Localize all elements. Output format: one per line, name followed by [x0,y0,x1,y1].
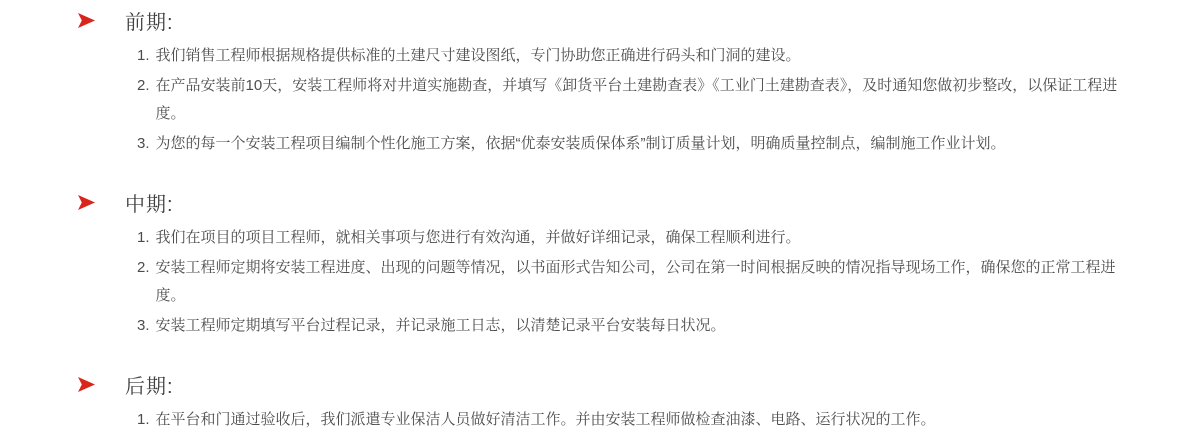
arrow-right-icon [78,377,95,392]
item-text: 为您的每一个安装工程项目编制个性化施工方案，依据“优泰安装质保体系”制订质量计划… [156,130,1142,158]
section-items: 1. 我们销售工程师根据规格提供标准的土建尺寸建设图纸，专门协助您正确进行码头和… [137,42,1142,158]
section-title: 中期: [125,188,174,217]
section-header: 中期: [0,188,1200,216]
list-item: 1. 我们销售工程师根据规格提供标准的土建尺寸建设图纸，专门协助您正确进行码头和… [137,42,1142,70]
item-number: 2. [137,254,156,310]
section-header: 后期: [0,370,1200,398]
list-item: 1. 在平台和门通过验收后，我们派遣专业保洁人员做好清洁工作。并由安装工程师做检… [137,406,1142,434]
item-number: 2. [137,72,156,128]
arrow-right-icon [78,195,95,210]
list-item: 3. 为您的每一个安装工程项目编制个性化施工方案，依据“优泰安装质保体系”制订质… [137,130,1142,158]
section-items: 1. 在平台和门通过验收后，我们派遣专业保洁人员做好清洁工作。并由安装工程师做检… [137,406,1142,434]
section-items: 1. 我们在项目的项目工程师，就相关事项与您进行有效沟通，并做好详细记录，确保工… [137,224,1142,340]
list-item: 1. 我们在项目的项目工程师，就相关事项与您进行有效沟通，并做好详细记录，确保工… [137,224,1142,252]
item-text: 在平台和门通过验收后，我们派遣专业保洁人员做好清洁工作。并由安装工程师做检查油漆… [156,406,1142,434]
list-item: 3. 安装工程师定期填写平台过程记录，并记录施工日志，以清楚记录平台安装每日状况… [137,312,1142,340]
section-header: 前期: [0,6,1200,34]
section-early-stage: 前期: 1. 我们销售工程师根据规格提供标准的土建尺寸建设图纸，专门协助您正确进… [0,6,1200,158]
service-stages-page: 前期: 1. 我们销售工程师根据规格提供标准的土建尺寸建设图纸，专门协助您正确进… [0,0,1200,434]
item-number: 1. [137,224,156,252]
item-text: 我们销售工程师根据规格提供标准的土建尺寸建设图纸，专门协助您正确进行码头和门洞的… [156,42,1142,70]
section-title: 前期: [125,6,174,35]
item-number: 3. [137,130,156,158]
item-text: 在产品安装前10天，安装工程师将对井道实施勘查，并填写《卸货平台土建勘查表》《工… [156,72,1142,128]
item-number: 1. [137,406,156,434]
section-late-stage: 后期: 1. 在平台和门通过验收后，我们派遣专业保洁人员做好清洁工作。并由安装工… [0,370,1200,434]
item-text: 安装工程师定期将安装工程进度、出现的问题等情况，以书面形式告知公司，公司在第一时… [156,254,1142,310]
arrow-right-icon [78,13,95,28]
list-item: 2. 在产品安装前10天，安装工程师将对井道实施勘查，并填写《卸货平台土建勘查表… [137,72,1142,128]
item-text: 我们在项目的项目工程师，就相关事项与您进行有效沟通，并做好详细记录，确保工程顺利… [156,224,1142,252]
item-number: 3. [137,312,156,340]
list-item: 2. 安装工程师定期将安装工程进度、出现的问题等情况，以书面形式告知公司，公司在… [137,254,1142,310]
section-title: 后期: [125,370,174,399]
section-middle-stage: 中期: 1. 我们在项目的项目工程师，就相关事项与您进行有效沟通，并做好详细记录… [0,188,1200,340]
item-text: 安装工程师定期填写平台过程记录，并记录施工日志，以清楚记录平台安装每日状况。 [156,312,1142,340]
item-number: 1. [137,42,156,70]
